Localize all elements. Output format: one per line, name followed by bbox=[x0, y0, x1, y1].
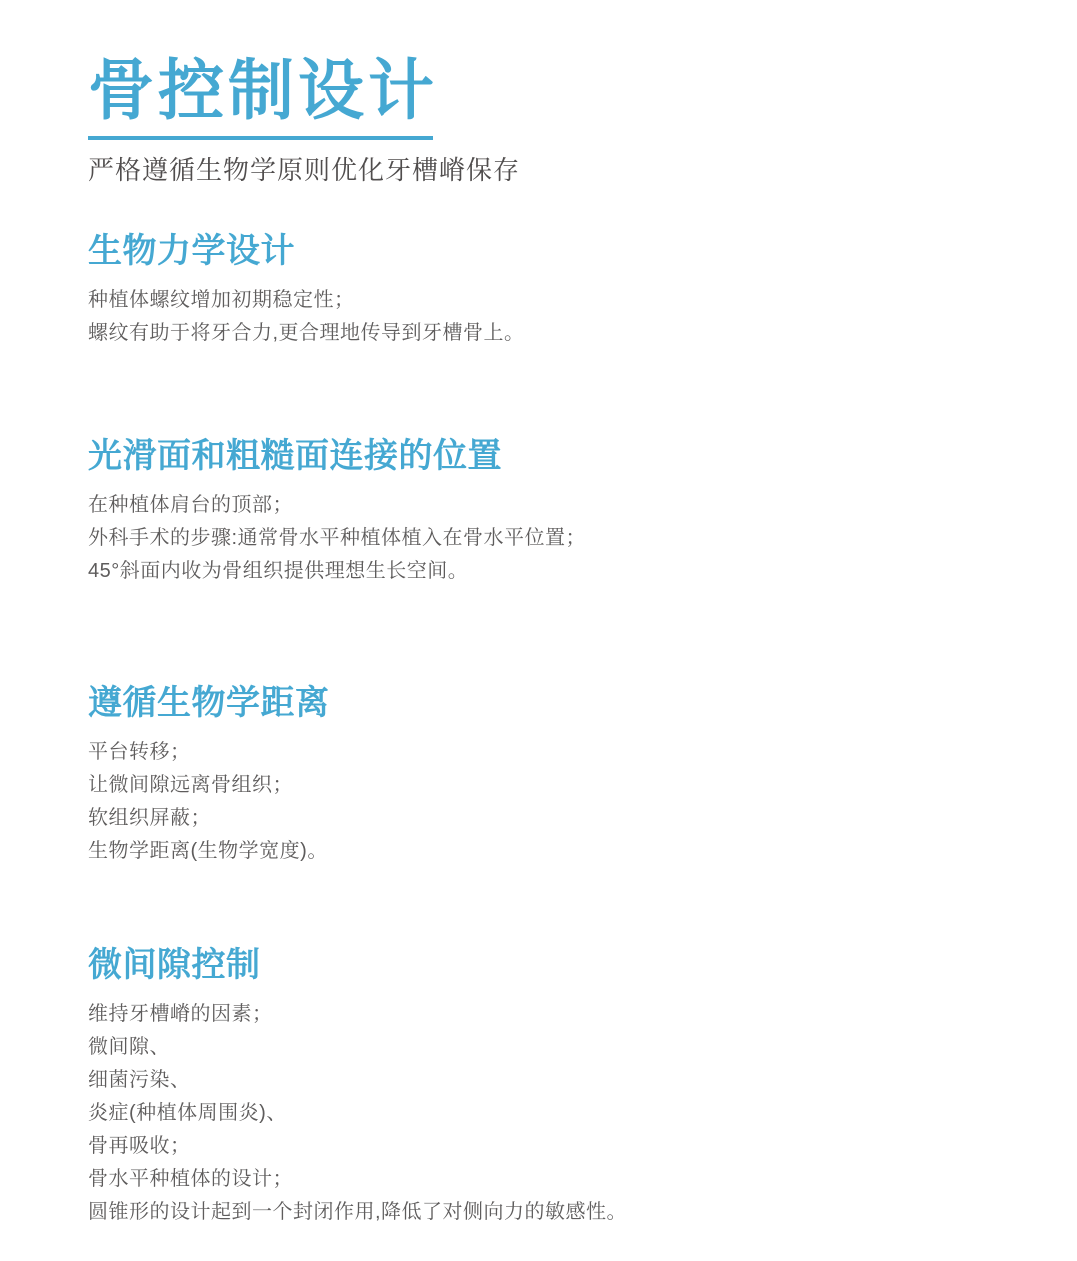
section-body: 在种植体肩台的顶部； 外科手术的步骤:通常骨水平种植体植入在骨水平位置； 45°… bbox=[88, 489, 1037, 588]
body-line: 维持牙槽嵴的因素； bbox=[88, 998, 1037, 1031]
body-line: 圆锥形的设计起到一个封闭作用,降低了对侧向力的敏感性。 bbox=[88, 1196, 1037, 1229]
title-underline bbox=[88, 136, 433, 140]
body-line: 让微间隙远离骨组织； bbox=[88, 769, 1037, 802]
body-line: 骨水平种植体的设计； bbox=[88, 1163, 1037, 1196]
body-line: 细菌污染、 bbox=[88, 1064, 1037, 1097]
section-microgap-control: 微间隙控制 维持牙槽嵴的因素； 微间隙、 细菌污染、 炎症(种植体周围炎)、 骨… bbox=[88, 944, 1037, 1229]
section-body: 平台转移； 让微间隙远离骨组织； 软组织屏蔽； 生物学距离(生物学宽度)。 bbox=[88, 736, 1037, 868]
section-heading: 微间隙控制 bbox=[88, 944, 1037, 986]
body-line: 种植体螺纹增加初期稳定性； bbox=[88, 284, 1037, 317]
page: 骨控制设计 严格遵循生物学原则优化牙槽嵴保存 生物力学设计 种植体螺纹增加初期稳… bbox=[0, 0, 1077, 1261]
body-line: 微间隙、 bbox=[88, 1031, 1037, 1064]
page-subtitle: 严格遵循生物学原则优化牙槽嵴保存 bbox=[88, 155, 1037, 186]
page-title: 骨控制设计 bbox=[88, 0, 1037, 123]
body-line: 螺纹有助于将牙合力,更合理地传导到牙槽骨上。 bbox=[88, 317, 1037, 350]
section-body: 种植体螺纹增加初期稳定性； 螺纹有助于将牙合力,更合理地传导到牙槽骨上。 bbox=[88, 284, 1037, 350]
body-line: 软组织屏蔽； bbox=[88, 802, 1037, 835]
section-smooth-rough-junction: 光滑面和粗糙面连接的位置 在种植体肩台的顶部； 外科手术的步骤:通常骨水平种植体… bbox=[88, 435, 1037, 588]
page-header: 骨控制设计 严格遵循生物学原则优化牙槽嵴保存 bbox=[88, 0, 1037, 186]
body-line: 平台转移； bbox=[88, 736, 1037, 769]
body-line: 外科手术的步骤:通常骨水平种植体植入在骨水平位置； bbox=[88, 522, 1037, 555]
body-line: 炎症(种植体周围炎)、 bbox=[88, 1097, 1037, 1130]
section-heading: 遵循生物学距离 bbox=[88, 682, 1037, 724]
section-heading: 生物力学设计 bbox=[88, 230, 1037, 272]
section-heading: 光滑面和粗糙面连接的位置 bbox=[88, 435, 1037, 477]
body-line: 生物学距离(生物学宽度)。 bbox=[88, 835, 1037, 868]
body-line: 45°斜面内收为骨组织提供理想生长空间。 bbox=[88, 555, 1037, 588]
section-body: 维持牙槽嵴的因素； 微间隙、 细菌污染、 炎症(种植体周围炎)、 骨再吸收； 骨… bbox=[88, 998, 1037, 1229]
body-line: 骨再吸收； bbox=[88, 1130, 1037, 1163]
section-biomechanical-design: 生物力学设计 种植体螺纹增加初期稳定性； 螺纹有助于将牙合力,更合理地传导到牙槽… bbox=[88, 230, 1037, 350]
body-line: 在种植体肩台的顶部； bbox=[88, 489, 1037, 522]
section-biological-distance: 遵循生物学距离 平台转移； 让微间隙远离骨组织； 软组织屏蔽； 生物学距离(生物… bbox=[88, 682, 1037, 868]
